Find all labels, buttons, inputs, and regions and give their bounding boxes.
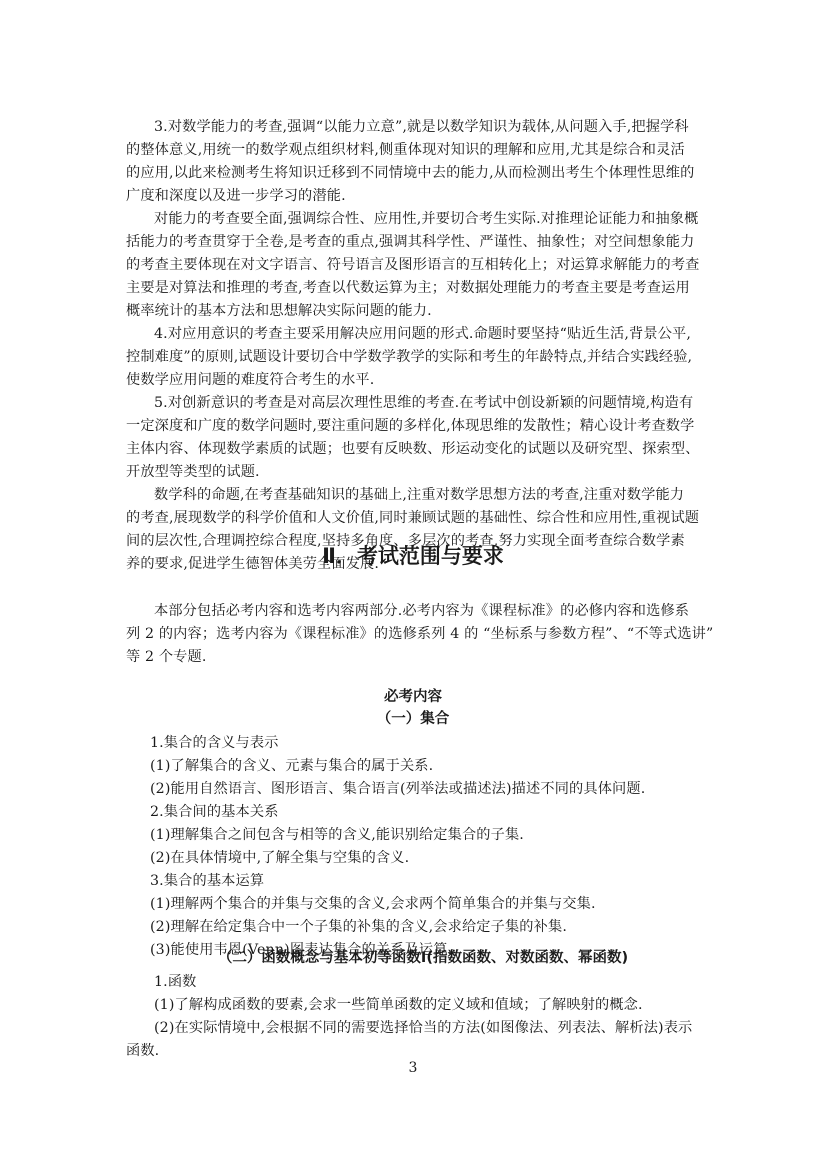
document-page: 3.对数学能力的考查,强调“以能力立意”,就是以数学知识为载体,从问题入手,把握… <box>0 0 826 1169</box>
list-item: (1)理解两个集合的并集与交集的含义,会求两个简单集合的并集与交集. <box>150 894 706 914</box>
paragraph-line: 主体内容、体现数学素质的试题；也要有反映数、形运动变化的试题以及研究型、探索型、 <box>126 439 706 459</box>
list-item: (1)了解集合的含义、元素与集合的属于关系. <box>150 756 706 776</box>
chapter-heading-sets: （一）集合 <box>0 709 826 729</box>
paragraph-line: 一定深度和广度的数学问题时,要注重问题的多样化,体现思维的发散性；精心设计考查数… <box>126 416 706 436</box>
list-item: 3.集合的基本运算 <box>150 871 706 891</box>
paragraph-line: 的考查,展现数学的科学价值和人文价值,同时兼顾试题的基础性、综合性和应用性,重视… <box>126 508 706 528</box>
list-item: (2)理解在给定集合中一个子集的补集的含义,会求给定子集的补集. <box>150 917 706 937</box>
list-item: (1)理解集合之间包含与相等的含义,能识别给定集合的子集. <box>150 825 706 845</box>
page-number: 3 <box>0 1059 826 1077</box>
list-item: 2.集合间的基本关系 <box>150 802 706 822</box>
list-item: (1)了解构成函数的要素,会求一些简单函数的定义域和值域；了解映射的概念. <box>154 995 706 1015</box>
section-heading: Ⅱ．考试范围与要求 <box>0 542 826 570</box>
list-item: (2)能用自然语言、图形语言、集合语言(列举法或描述法)描述不同的具体问题. <box>150 779 706 799</box>
paragraph-line: 广度和深度以及进一步学习的潜能. <box>126 186 706 206</box>
chapter-heading-functions: （二）函数概念与基本初等函数Ⅰ(指数函数、对数函数、幂函数) <box>10 948 826 968</box>
list-item: 函数. <box>126 1041 706 1061</box>
paragraph-line: 数学科的命题,在考查基础知识的基础上,注重对数学思想方法的考查,注重对数学能力 <box>154 485 706 505</box>
list-item: (2)在具体情境中,了解全集与空集的含义. <box>150 848 706 868</box>
intro-line: 列 2 的内容；选考内容为《课程标准》的选修系列 4 的 “坐标系与参数方程”、… <box>126 624 706 644</box>
intro-line: 等 2 个专题. <box>126 647 706 667</box>
required-content-heading: 必考内容 <box>0 687 826 707</box>
list-item: 1.集合的含义与表示 <box>150 733 706 753</box>
paragraph-line: 3.对数学能力的考查,强调“以能力立意”,就是以数学知识为载体,从问题入手,把握… <box>154 117 706 137</box>
paragraph-line: 主要是对算法和推理的考查,考查以代数运算为主；对数据处理能力的考查主要是考查运用 <box>126 278 706 298</box>
paragraph-line: 的考查主要体现在对文字语言、符号语言及图形语言的互相转化上；对运算求解能力的考查 <box>126 255 706 275</box>
paragraph-line: 的整体意义,用统一的数学观点组织材料,侧重体现对知识的理解和应用,尤其是综合和灵… <box>126 140 706 160</box>
paragraph-line: 4.对应用意识的考查主要采用解决应用问题的形式.命题时要坚持“贴近生活,背景公平… <box>154 324 706 344</box>
paragraph-line: 控制难度”的原则,试题设计要切合中学数学教学的实际和考生的年龄特点,并结合实践经… <box>126 347 706 367</box>
list-item: (2)在实际情境中,会根据不同的需要选择恰当的方法(如图像法、列表法、解析法)表… <box>154 1018 706 1038</box>
paragraph-line: 5.对创新意识的考查是对高层次理性思维的考查.在考试中创设新颖的问题情境,构造有 <box>154 393 706 413</box>
paragraph-line: 的应用,以此来检测考生将知识迁移到不同情境中去的能力,从而检测出考生个体理性思维… <box>126 163 706 183</box>
paragraph-line: 开放型等类型的试题. <box>126 462 706 482</box>
list-item: 1.函数 <box>154 972 706 992</box>
paragraph-line: 使数学应用问题的难度符合考生的水平. <box>126 370 706 390</box>
intro-line: 本部分包括必考内容和选考内容两部分.必考内容为《课程标准》的必修内容和选修系 <box>154 601 706 621</box>
paragraph-line: 概率统计的基本方法和思想解决实际问题的能力. <box>126 301 706 321</box>
paragraph-line: 对能力的考查要全面,强调综合性、应用性,并要切合考生实际.对推理论证能力和抽象概 <box>154 209 706 229</box>
paragraph-line: 括能力的考查贯穿于全卷,是考查的重点,强调其科学性、严谨性、抽象性；对空间想象能… <box>126 232 706 252</box>
